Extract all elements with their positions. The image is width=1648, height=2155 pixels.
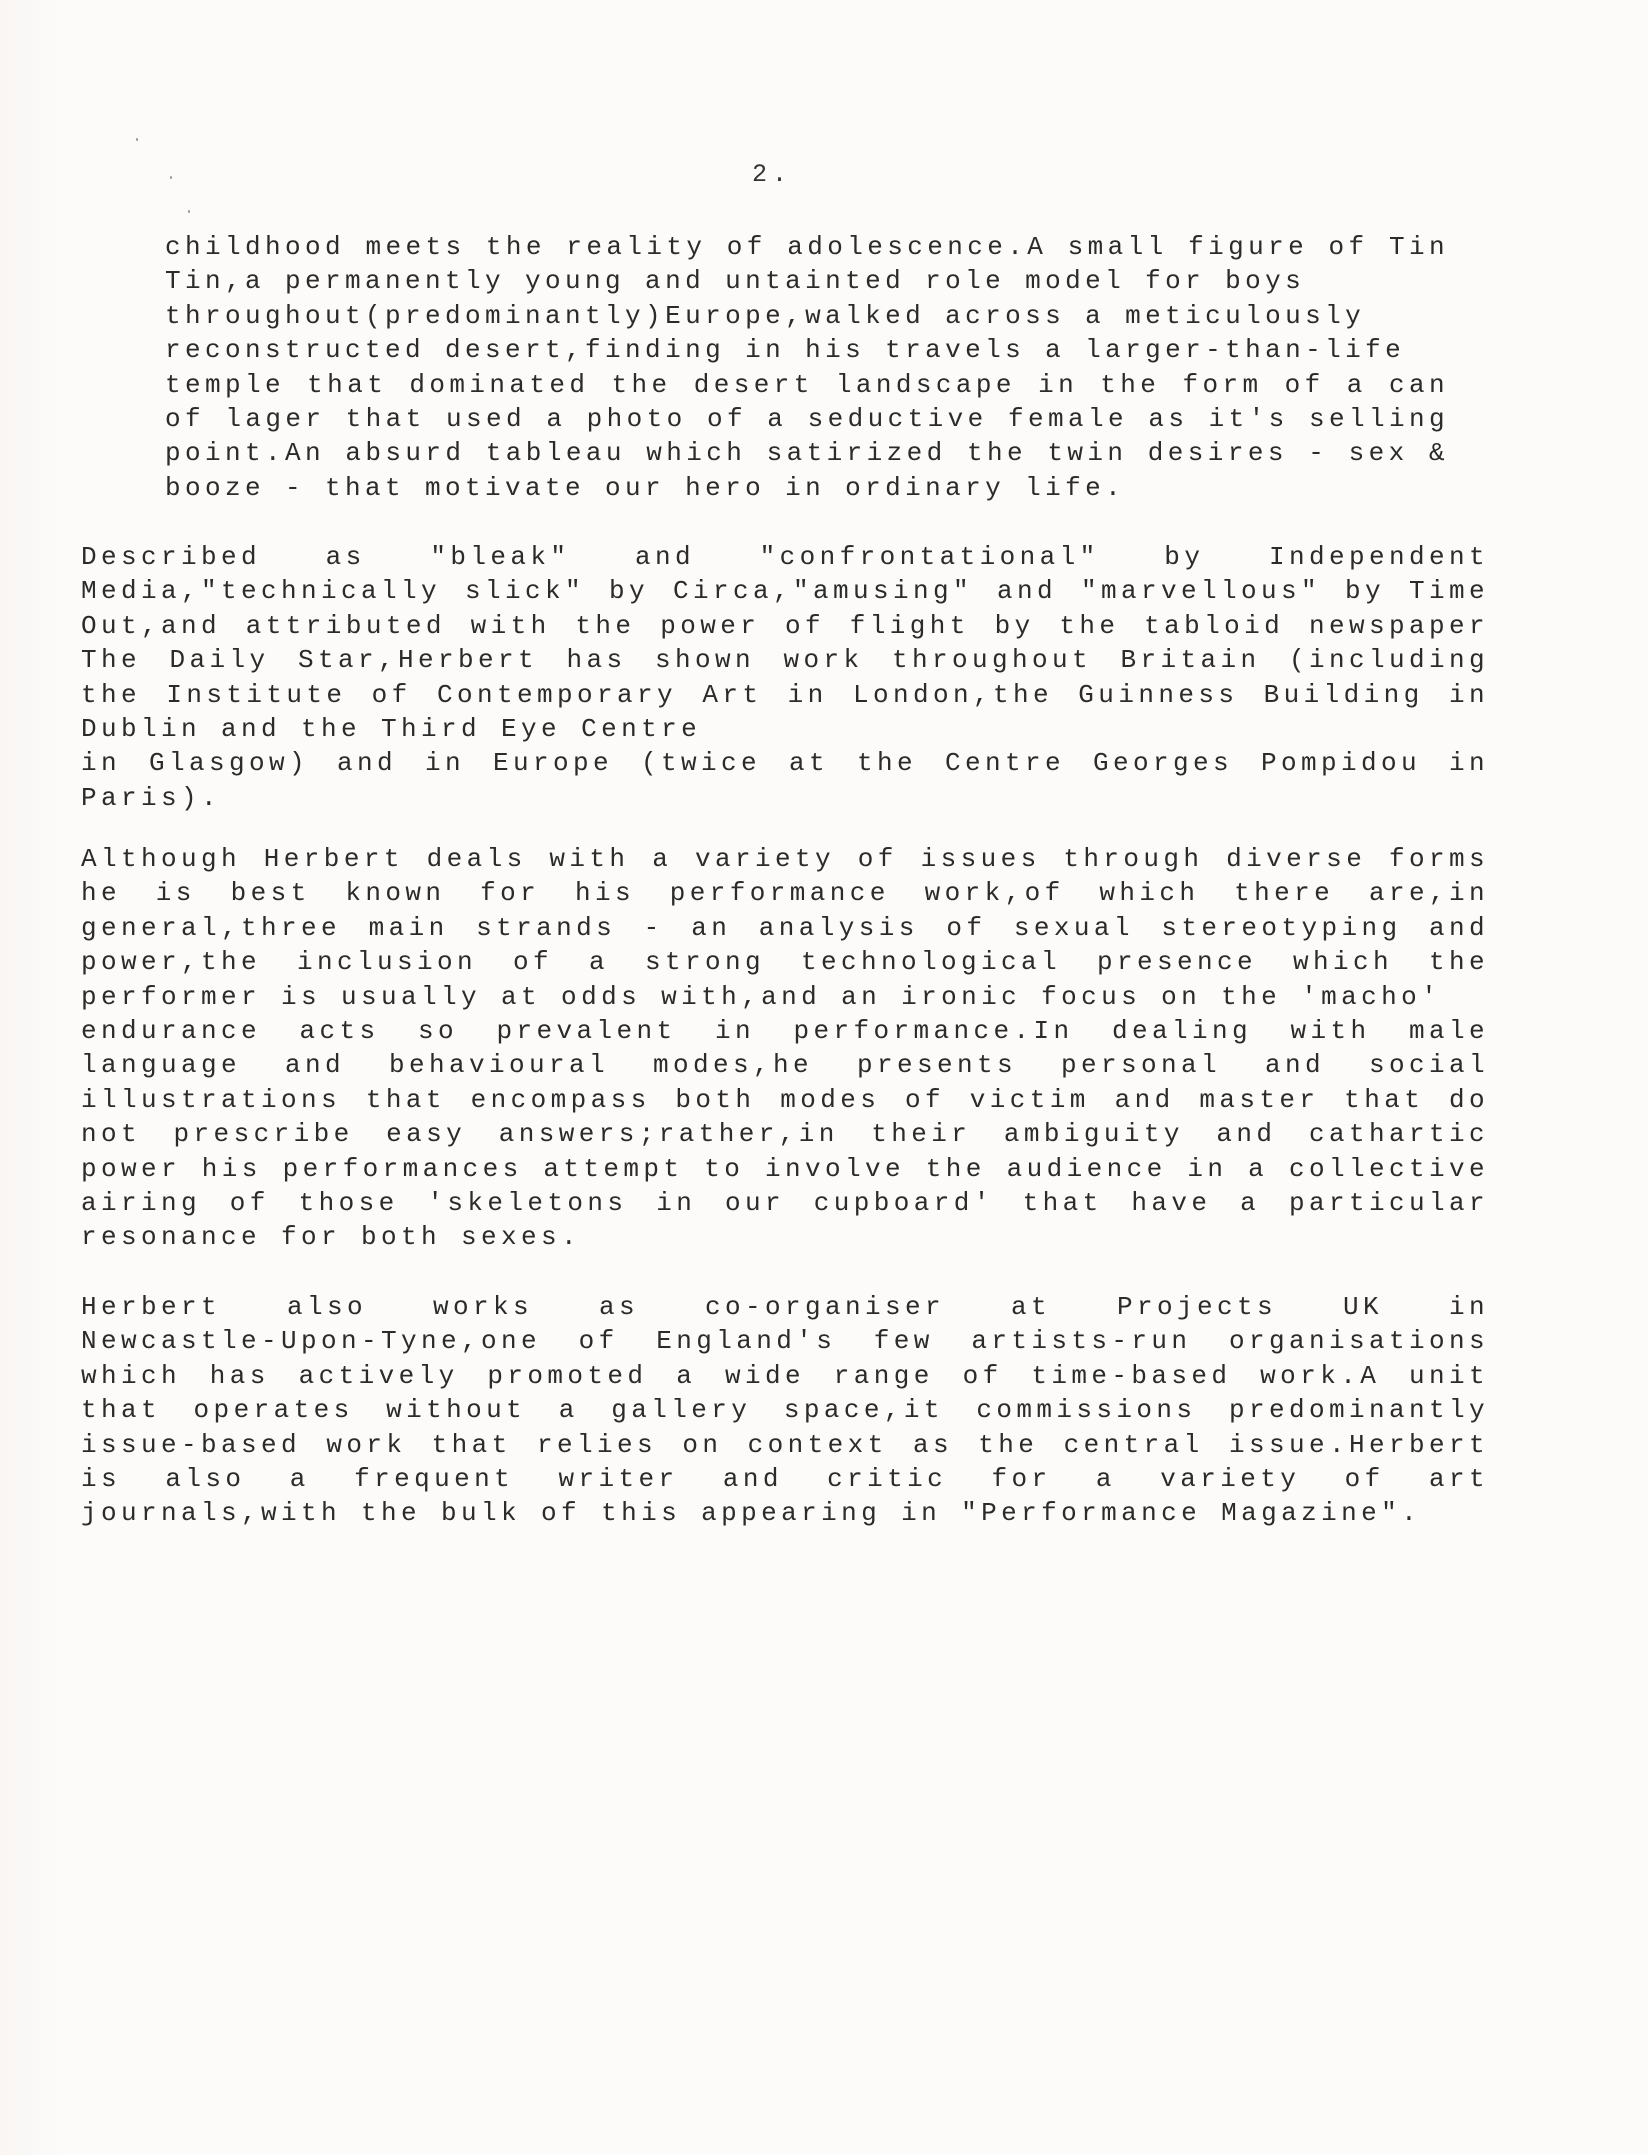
- text-line: Described as "bleak" and "confrontationa…: [81, 540, 1489, 574]
- text-line: language and behavioural modes,he presen…: [81, 1048, 1489, 1082]
- text-line: reconstructed desert,finding in his trav…: [165, 333, 1449, 367]
- text-line: childhood meets the reality of adolescen…: [165, 230, 1449, 264]
- text-line: Although Herbert deals with a variety of…: [81, 842, 1489, 876]
- page-number: 2.: [752, 160, 792, 189]
- text-line: booze - that motivate our hero in ordina…: [165, 471, 1449, 505]
- text-line: that operates without a gallery space,it…: [81, 1393, 1489, 1427]
- text-line: Paris).: [81, 781, 1489, 815]
- text-line: in Glasgow) and in Europe (twice at the …: [81, 746, 1489, 780]
- paragraph-tintin-tableau: childhood meets the reality of adolescen…: [165, 230, 1449, 505]
- text-line: which has actively promoted a wide range…: [81, 1359, 1489, 1393]
- text-line: performer is usually at odds with,and an…: [81, 980, 1489, 1014]
- paragraph-press-quotes: Described as "bleak" and "confrontationa…: [81, 540, 1489, 815]
- text-line: resonance for both sexes.: [81, 1220, 1489, 1254]
- text-line: Dublin and the Third Eye Centre: [81, 712, 1489, 746]
- text-line: is also a frequent writer and critic for…: [81, 1462, 1489, 1496]
- text-line: of lager that used a photo of a seductiv…: [165, 402, 1449, 436]
- text-line: not prescribe easy answers;rather,in the…: [81, 1117, 1489, 1151]
- paper-speck: [188, 210, 190, 213]
- text-line: point.An absurd tableau which satirized …: [165, 436, 1449, 470]
- text-line: power his performances attempt to involv…: [81, 1152, 1489, 1186]
- text-line: Media,"technically slick" by Circa,"amus…: [81, 574, 1489, 608]
- text-line: The Daily Star,Herbert has shown work th…: [81, 643, 1489, 677]
- text-line: Herbert also works as co-organiser at Pr…: [81, 1290, 1489, 1324]
- paper-speck: [170, 176, 172, 179]
- text-line: issue-based work that relies on context …: [81, 1428, 1489, 1462]
- text-line: endurance acts so prevalent in performan…: [81, 1014, 1489, 1048]
- text-line: temple that dominated the desert landsca…: [165, 368, 1449, 402]
- text-line: journals,with the bulk of this appearing…: [81, 1496, 1489, 1530]
- document-page: 2. childhood meets the reality of adoles…: [0, 0, 1648, 2155]
- text-line: Newcastle-Upon-Tyne,one of England's few…: [81, 1324, 1489, 1358]
- text-line: he is best known for his performance wor…: [81, 876, 1489, 910]
- text-line: illustrations that encompass both modes …: [81, 1083, 1489, 1117]
- text-line: throughout(predominantly)Europe,walked a…: [165, 299, 1449, 333]
- text-line: Out,and attributed with the power of fli…: [81, 609, 1489, 643]
- text-line: general,three main strands - an analysis…: [81, 911, 1489, 945]
- text-line: airing of those 'skeletons in our cupboa…: [81, 1186, 1489, 1220]
- paragraph-performance-work: Although Herbert deals with a variety of…: [81, 842, 1489, 1255]
- text-line: Tin,a permanently young and untainted ro…: [165, 264, 1449, 298]
- paragraph-projects-uk: Herbert also works as co-organiser at Pr…: [81, 1290, 1489, 1531]
- text-line: the Institute of Contemporary Art in Lon…: [81, 678, 1489, 712]
- paper-speck: [136, 138, 138, 141]
- text-line: power,the inclusion of a strong technolo…: [81, 945, 1489, 979]
